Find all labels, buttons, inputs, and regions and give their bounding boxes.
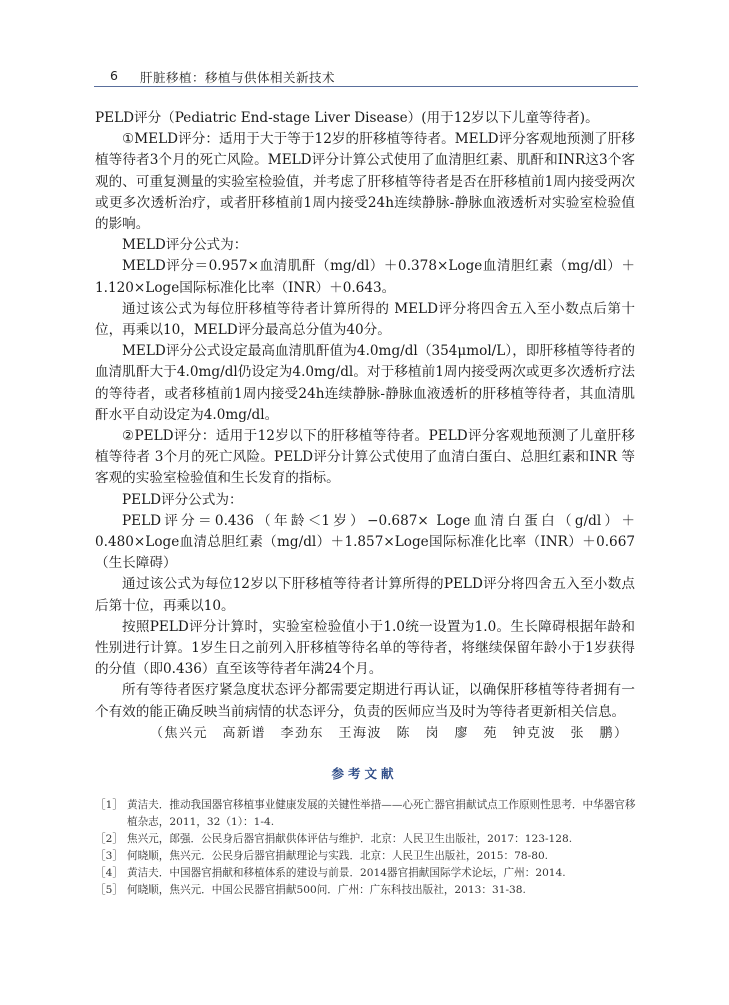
paragraph-meld-rounding: 通过该公式为每位肝移植等待者计算所得的 MELD评分将四舍五入至小数点后第十位，… (95, 299, 635, 341)
reference-item: ［3］ 何晓顺，焦兴元．公民身后器官捐献理论与实践．北京：人民卫生出版社，201… (95, 848, 640, 865)
reference-text: 何晓顺，焦兴元．公民身后器官捐献理论与实践．北京：人民卫生出版社，2015：78… (127, 848, 640, 865)
paragraph-peld-formula: PELD评分＝0.436（年龄＜1岁）−0.687× Loge血清白蛋白（g/d… (95, 511, 635, 575)
authors-line: （焦兴元 高新谱 李劲东 王海波 陈 岗 廖 苑 钟克波 张 鹏） (150, 723, 635, 744)
paragraph-peld-rounding: 通过该公式为每位12岁以下肝移植等待者计算所得的PELD评分将四舍五入至小数点后… (95, 574, 635, 616)
reference-text: 焦兴元，郎强．公民身后器官捐献供体评估与维护．北京：人民卫生出版社，2017：1… (127, 831, 640, 848)
paragraph-meld-formula: MELD评分＝0.957×血清肌酐（mg/dl）＋0.378×Loge血清胆红素… (95, 256, 635, 298)
reference-number: ［3］ (95, 848, 127, 865)
reference-item: ［1］ 黄洁夫．推动我国器官移植事业健康发展的关键性举措——心死亡器官捐献试点工… (95, 797, 640, 831)
reference-item: ［5］ 何晓顺，焦兴元．中国公民器官捐献500问．广州：广东科技出版社，2013… (95, 882, 640, 899)
reference-number: ［2］ (95, 831, 127, 848)
paragraph-peld-lab-values: 按照PELD评分计算时，实验室检验值小于1.0统一设置为1.0。生长障碍根据年龄… (95, 617, 635, 681)
reference-number: ［4］ (95, 865, 127, 882)
references-list: ［1］ 黄洁夫．推动我国器官移植事业健康发展的关键性举措——心死亡器官捐献试点工… (95, 797, 640, 899)
paragraph-peld-description: ②PELD评分：适用于12岁以下的肝移植等待者。PELD评分客观地预测了儿童肝移… (95, 426, 635, 490)
reference-number: ［5］ (95, 882, 127, 899)
paragraph-meld-creatinine: MELD评分公式设定最高血清肌酐值为4.0mg/dl（354μmol/L），即肝… (95, 341, 635, 426)
reference-item: ［4］ 黄洁夫．中国器官捐献和移植体系的建设与前景．2014器官捐献国际学术论坛… (95, 865, 640, 882)
reference-text: 黄洁夫．中国器官捐献和移植体系的建设与前景．2014器官捐献国际学术论坛，广州：… (127, 865, 640, 882)
reference-text: 黄洁夫．推动我国器官移植事业健康发展的关键性举措——心死亡器官捐献试点工作原则性… (127, 797, 640, 831)
reference-number: ［1］ (95, 797, 127, 831)
references-heading: 参考文献 (0, 764, 729, 782)
paragraph-recertification: 所有等待者医疗紧急度状态评分都需要定期进行再认证，以确保肝移植等待者拥有一个有效… (95, 680, 635, 722)
document-page: 6 肝脏移植：移植与供体相关新技术 PELD评分（Pediatric End-s… (0, 0, 729, 1005)
reference-item: ［2］ 焦兴元，郎强．公民身后器官捐献供体评估与维护．北京：人民卫生出版社，20… (95, 831, 640, 848)
running-header: 6 肝脏移植：移植与供体相关新技术 (94, 66, 638, 87)
body-text: PELD评分（Pediatric End-stage Liver Disease… (95, 108, 635, 744)
paragraph-peld-intro: PELD评分（Pediatric End-stage Liver Disease… (95, 108, 635, 129)
book-title: 肝脏移植：移植与供体相关新技术 (140, 68, 335, 86)
page-number: 6 (110, 68, 118, 83)
paragraph-meld-formula-label: MELD评分公式为： (95, 235, 635, 256)
reference-text: 何晓顺，焦兴元．中国公民器官捐献500问．广州：广东科技出版社，2013：31-… (127, 882, 640, 899)
paragraph-meld-description: ①MELD评分：适用于大于等于12岁的肝移植等待者。MELD评分客观地预测了肝移… (95, 129, 635, 235)
paragraph-peld-formula-label: PELD评分公式为： (95, 490, 635, 511)
